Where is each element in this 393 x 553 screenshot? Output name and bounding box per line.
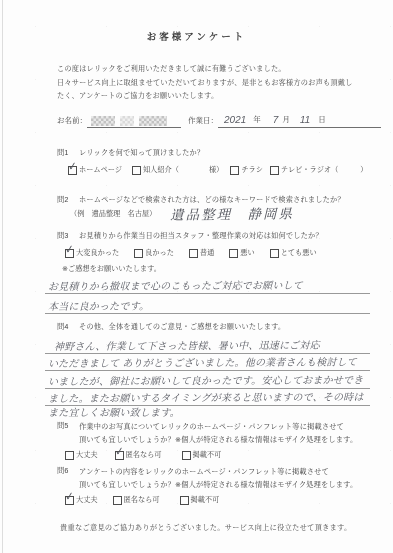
checkbox-icon: ✓ [132,166,141,175]
q6-option-no-publish: ✓ 掲載不可 [180,495,220,505]
q4-answer-line: また宜しくお願い致します。 [45,405,370,420]
checkbox-icon: ✓ [270,166,279,175]
checkbox-icon: ✓ [180,496,189,505]
question-text: 作業中のお写真についてレリックのホームページ・パンフレット等に掲載させて [79,421,357,434]
q3-answer-line: 本当に良かったです。 [45,298,370,314]
option-label: 知人紹介（ [143,165,179,175]
intro-line: 日々サービス向上に取組ませていただいておりますが、是非ともお客様方のお声も頂戴し [57,76,357,90]
option-suffix: 様） [209,165,223,175]
work-date-field: 作業日： 2021 年 7 月 11 日 [188,112,381,128]
q3-option-normal: ✓ 普通 [189,248,214,258]
work-date-day: 11 [300,116,310,126]
q3-option-very-good: ✓ 大変良かった [65,248,119,258]
q4-answer-line: いましたが、御社にお願いして良かったです。安心しておまかせでき [45,373,370,389]
q6-option-ok: ✓ 大丈夫 [65,495,98,505]
question-number: 問6 [57,466,79,491]
handwritten-text: 本当に良かったです。 [48,301,149,313]
scanned-survey-page: お客様アンケート この度はレリックをご利用いただきまして誠に有難うございました。… [0,0,393,553]
question-number: 問4 [57,322,79,332]
q1-option-referral: ✓ 知人紹介（ 様） [132,165,223,175]
handwritten-text: いましたが、御社にお願いして良かったです。安心しておまかせでき [48,375,363,388]
month-unit: 月 [282,114,290,126]
question-text: アンケートの内容をレリックのホームページ・パンフレット等に掲載させて [79,466,357,479]
option-label: とても悪い [281,248,317,258]
checkmark-icon: ✓ [64,242,75,256]
checkbox-icon: ✓ [134,249,143,258]
q3-option-good: ✓ 良かった [134,248,174,258]
name-redaction-mosaic [139,116,167,126]
question-number: 問1 [57,148,79,158]
question-text: その他、全体を通してのご意見・ご感想をお願いいたします。 [79,322,285,332]
q5-options: ✓ 大丈夫 ✓ 匿名なら可 ✓ 掲載不可 [65,450,221,460]
question-5: 問5 作業中のお写真についてレリックのホームページ・パンフレット等に掲載させて … [57,421,357,446]
name-field [87,113,181,128]
question-text: お見積りから作業当日の担当スタッフ・整理作業の対応は如何でしたか？ [79,231,323,241]
question-text: レリックを何で知って頂けましたか？ [79,148,204,158]
checkbox-icon: ✓ [65,496,74,505]
question-1: 問1 レリックを何で知って頂けましたか？ [57,148,204,158]
q1-option-flyer: ✓ チラシ [230,165,263,175]
checkbox-icon: ✓ [230,166,239,175]
checkmark-icon: ✓ [114,444,125,458]
question-3: 問3 お見積りから作業当日の担当スタッフ・整理作業の対応は如何でしたか？ [57,231,323,241]
checkmark-icon: ✓ [67,159,78,173]
handwritten-text: また宜しくお願い致します。 [48,404,180,419]
name-redaction-mosaic [120,116,134,126]
checkbox-icon: ✓ [189,249,198,258]
q5-option-anonymous-ok: ✓ 匿名なら可 [115,450,162,460]
question-text: 頂いても宜しいでしょうか？※個人が特定される様な情報はモザイク処理をします。 [79,479,357,492]
intro-line: この度はレリックをご利用いただきまして誠に有難うございました。 [57,62,357,76]
option-label: 良かった [145,248,174,258]
option-label: 掲載不可 [191,495,220,505]
footer-thanks-note: 貴重なご意見のご協力ありがとうございました。サービス向上に役立たせて頂きます。 [60,523,351,533]
work-date-month: 7 [273,116,279,126]
option-label: 悪い [240,248,254,258]
option-label: 匿名なら可 [126,450,162,460]
name-label: お名前： [57,115,87,128]
question-number: 問2 [57,195,79,205]
scan-edge-line [2,0,3,553]
q3-option-very-bad: ✓ とても悪い [270,248,317,258]
option-label: 匿名なら可 [124,495,160,505]
page-title: お客様アンケート [0,29,393,43]
checkbox-icon: ✓ [113,496,122,505]
q5-option-ok: ✓ 大丈夫 [65,450,98,460]
option-label: 掲載不可 [193,450,222,460]
year-unit: 年 [253,114,261,126]
q2-example: （例 遺品整理 名古屋） [70,209,156,219]
checkmark-icon: ✓ [64,489,75,503]
work-date-year: 2021 [224,116,246,126]
option-label: 大丈夫 [76,450,98,460]
question-4: 問4 その他、全体を通してのご意見・ご感想をお願いいたします。 [57,322,285,332]
checkbox-icon: ✓ [115,451,124,460]
q2-handwritten-answer: 遺品整理 静岡県 [170,202,294,223]
handwritten-text: 神野さん、作業して下さった皆様、暑い中、迅速にご対応 [54,341,320,353]
option-label: 普通 [200,248,214,258]
work-date-line: 2021 年 7 月 11 日 [218,112,381,128]
handwritten-text: いただきまして ありがとうございました。他の業者さんも検討して [48,357,357,370]
checkbox-icon: ✓ [229,249,238,258]
question-number: 問3 [57,231,79,241]
intro-paragraph: この度はレリックをご利用いただきまして誠に有難うございました。 日々サービス向上… [57,62,357,103]
intro-line: たく、アンケートのご協力をお願いいたします。 [57,89,357,103]
q3-options: ✓ 大変良かった ✓ 良かった ✓ 普通 ✓ 悪い ✓ とても悪い [65,248,317,258]
q4-answer-line: 神野さん、作業して下さった皆様、暑い中、迅速にご対応 [45,338,370,354]
question-6: 問6 アンケートの内容をレリックのホームページ・パンフレット等に掲載させて 頂い… [57,466,357,491]
work-date-label: 作業日： [188,115,218,128]
option-label: チラシ [241,165,263,175]
name-date-row: お名前： 作業日： 2021 年 7 月 11 日 [57,112,381,128]
option-label: テレビ・ラジオ（ [281,165,338,175]
option-label: 大変良かった [76,248,119,258]
checkbox-icon: ✓ [68,166,77,175]
handwritten-text: お見積りから撤収まで心のこもったご対応でお願いして [48,281,303,293]
day-unit: 日 [318,114,326,126]
q4-answer-line: いただきまして ありがとうございました。他の業者さんも検討して [45,355,370,371]
checkbox-icon: ✓ [270,249,279,258]
q1-option-tv-radio: ✓ テレビ・ラジオ（ ） [270,165,368,175]
option-suffix: ） [360,165,367,175]
checkbox-icon: ✓ [182,451,191,460]
checkbox-icon: ✓ [65,249,74,258]
q6-option-anonymous-ok: ✓ 匿名なら可 [113,495,160,505]
option-label: 大丈夫 [76,495,98,505]
q6-options: ✓ 大丈夫 ✓ 匿名なら可 ✓ 掲載不可 [65,495,219,505]
q1-option-homepage: ✓ ホームページ [68,165,122,175]
q3-option-bad: ✓ 悪い [229,248,254,258]
name-redaction-mosaic [91,116,115,126]
q1-options: ✓ ホームページ ✓ 知人紹介（ 様） ✓ チラシ ✓ テレビ・ラジオ（ ） [68,165,367,175]
q5-option-no-publish: ✓ 掲載不可 [182,450,222,460]
q3-note: ※ご感想をお願いいたします。 [62,264,161,274]
question-number: 問5 [57,421,79,446]
option-label: ホームページ [79,165,122,175]
checkbox-icon: ✓ [65,451,74,460]
q3-answer-line: お見積りから撤収まで心のこもったご対応でお願いして [45,278,370,294]
